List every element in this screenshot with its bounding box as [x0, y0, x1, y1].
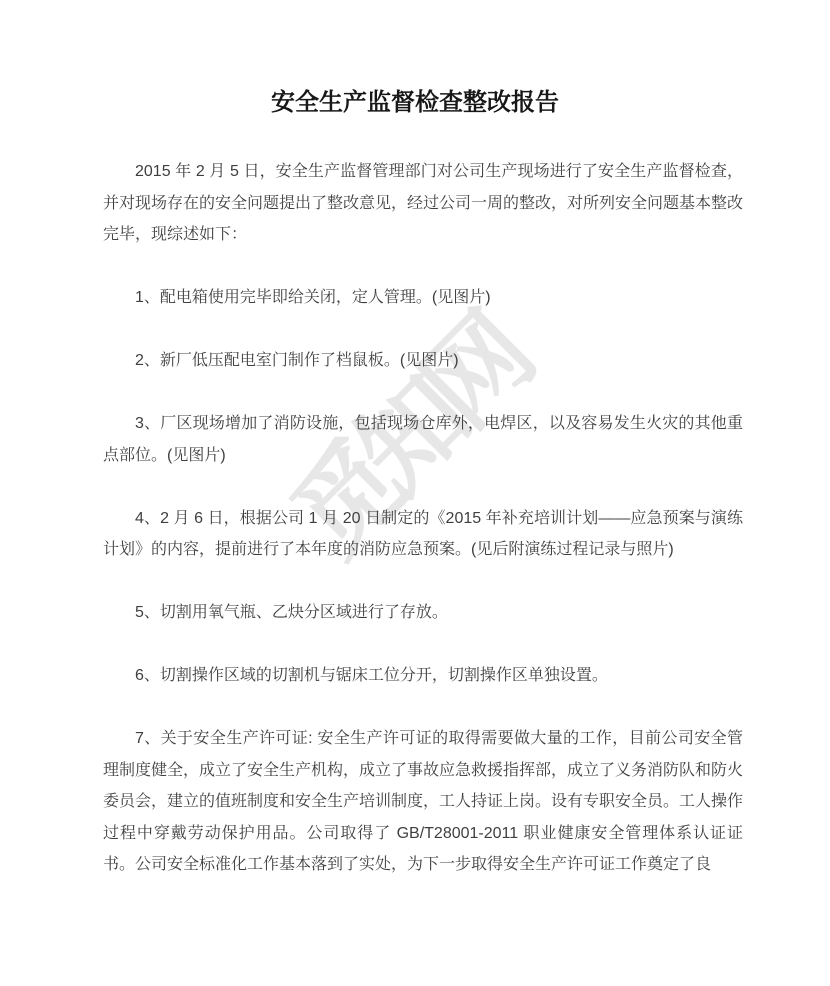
paragraph-2: 1、配电箱使用完毕即给关闭，定人管理。(见图片)	[103, 282, 743, 314]
paragraph-6: 5、切割用氧气瓶、乙炔分区域进行了存放。	[103, 597, 743, 629]
paragraph-8: 7、关于安全生产许可证: 安全生产许可证的取得需要做大量的工作，目前公司安全管理…	[103, 723, 743, 881]
paragraph-3: 2、新厂低压配电室门制作了档鼠板。(见图片)	[103, 345, 743, 377]
paragraph-7: 6、切割操作区域的切割机与锯床工位分开，切割操作区单独设置。	[103, 660, 743, 692]
document-body: 2015 年 2 月 5 日，安全生产监督管理部门对公司生产现场进行了安全生产监…	[103, 156, 743, 881]
document-page: 觅知网 安全生产监督检查整改报告 2015 年 2 月 5 日，安全生产监督管理…	[0, 0, 830, 986]
document-title: 安全生产监督检查整改报告	[0, 85, 830, 121]
paragraph-4: 3、厂区现场增加了消防设施，包括现场仓库外，电焊区，以及容易发生火灾的其他重点部…	[103, 408, 743, 471]
paragraph-5: 4、2 月 6 日，根据公司 1 月 20 日制定的《2015 年补充培训计划—…	[103, 503, 743, 566]
paragraph-1: 2015 年 2 月 5 日，安全生产监督管理部门对公司生产现场进行了安全生产监…	[103, 156, 743, 251]
